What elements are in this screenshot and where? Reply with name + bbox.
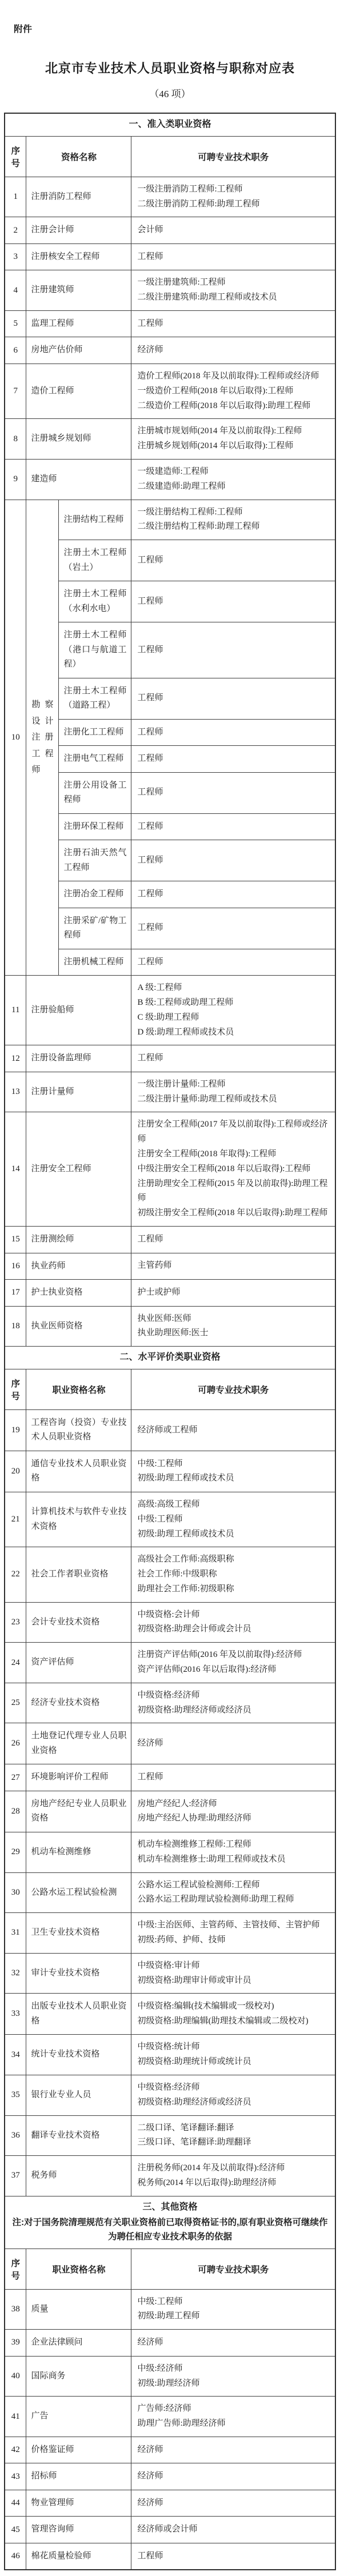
titles-cell: 工程师 [131, 1045, 335, 1072]
qualification-name-cell: 监理工程师 [26, 310, 131, 337]
title-line: 一级注册计量师:工程师 [137, 1077, 330, 1092]
page-subtitle: （46 项） [0, 86, 340, 100]
qualification-name-cell: 建造师 [26, 459, 131, 500]
titles-cell: 高级:高级工程师中级:工程师初级:助理工程师或技术员 [131, 1492, 335, 1547]
row-number-cell: 35 [5, 2075, 26, 2115]
title-line: 造价工程师(2018 年及以前取得):工程师或经济师 [137, 369, 330, 384]
title-line: 中级:经济师 [137, 2362, 330, 2377]
titles-cell: 经济师 [131, 1723, 335, 1764]
column-header-titles: 可聘专业技术职务 [131, 2248, 335, 2289]
qualification-name-cell: 注册结构工程师 [59, 500, 131, 540]
titles-cell: 中级:经济师初级:助理经济师 [131, 2356, 335, 2397]
titles-cell: 一级注册计量师:工程师二级注册计量师:助理工程师或技术员 [131, 1072, 335, 1112]
titles-cell: 工程师 [131, 540, 335, 581]
title-line: 广告师:经济师 [137, 2402, 330, 2417]
title-line: 中级:工程师 [137, 1512, 330, 1527]
qualification-name-cell: 工程咨询（投资）专业技术人员职业资格 [26, 1409, 131, 1451]
title-line: 初级:助理经济师 [137, 2377, 330, 2391]
qualification-name-cell: 环境影响评价工程师 [26, 1764, 131, 1791]
title-line: 注册助理安全工程师(2015 年及以前取得):助理工程师 [137, 1177, 330, 1207]
qualification-name-cell: 统计专业技术资格 [26, 2035, 131, 2075]
qualification-row: 41广告广告师:经济师助理广告师:助理经济师 [5, 2397, 335, 2437]
title-line: 工程师 [137, 1770, 330, 1785]
row-number-cell: 23 [5, 1602, 26, 1643]
qualification-row: 32审计专业技术资格中级资格:审计师初级资格:助理审计师或审计员 [5, 1953, 335, 1994]
titles-cell: 经济师 [131, 2330, 335, 2357]
row-number-cell: 33 [5, 1994, 26, 2035]
title-line: 一级造价工程师(2018 年以后取得):工程师 [137, 384, 330, 399]
title-line: 执业医师:医师 [137, 1312, 330, 1327]
title-line: 注册城乡规划师(2014 年以后取得):工程师 [137, 439, 330, 454]
column-header-name: 资格名称 [26, 136, 131, 177]
row-number-cell: 44 [5, 2490, 26, 2517]
column-header-name: 职业资格名称 [26, 1369, 131, 1409]
qualification-row: 30公路水运工程试验检测公路水运工程试验检测师:工程师公路水运工程助理试验检测师… [5, 1872, 335, 1913]
titles-cell: 经济师 [131, 2463, 335, 2490]
title-line: 初级:助理工程师或技术员 [137, 1527, 330, 1542]
titles-cell: 工程师 [131, 908, 335, 949]
qualification-table: 一、准入类职业资格序号资格名称可聘专业技术职务1注册消防工程师一级注册消防工程师… [4, 113, 336, 2570]
qualification-name-cell: 注册环保工程师 [59, 813, 131, 840]
title-line: 二级造价工程师(2018 年以后取得):助理工程师 [137, 399, 330, 414]
row-number-cell: 1 [5, 177, 26, 217]
row-number-cell: 24 [5, 1643, 26, 1683]
qualification-name-cell: 注册测绘师 [26, 1227, 131, 1253]
title-line: 高级:高级工程师 [137, 1497, 330, 1512]
title-line: 注册城市规划师(2014 年及以前取得):工程师 [137, 424, 330, 439]
section-heading-cell: 一、准入类职业资格 [5, 113, 335, 136]
title-line: 中级注册安全工程师(2018 年以后取得):工程师 [137, 1162, 330, 1177]
qualification-name-cell: 公路水运工程试验检测 [26, 1872, 131, 1913]
titles-cell: 经济师或工程师 [131, 1409, 335, 1451]
qualification-row: 23会计专业技术资格中级资格:会计师初级资格:助理会计师或会计员 [5, 1602, 335, 1643]
row-number-cell: 5 [5, 310, 26, 337]
row-number-cell: 37 [5, 2156, 26, 2196]
column-header-no: 序号 [5, 2248, 26, 2289]
titles-cell: 工程师 [131, 813, 335, 840]
title-line: 中级资格:会计师 [137, 1608, 330, 1623]
qualification-name-cell: 注册安全工程师 [26, 1112, 131, 1227]
row-number-cell: 15 [5, 1227, 26, 1253]
qualification-name-cell: 执业药师 [26, 1253, 131, 1280]
row-number-cell: 36 [5, 2115, 26, 2156]
title-line: 中级资格:审计师 [137, 1959, 330, 1974]
title-line: 中级资格:统计师 [137, 2040, 330, 2055]
qualification-row: 39企业法律顾问经济师 [5, 2330, 335, 2357]
title-line: 公路水运工程试验检测师:工程师 [137, 1878, 330, 1893]
title-line: 初级资格:助理经济师或经济员 [137, 2095, 330, 2110]
title-line: 工程师 [137, 2549, 330, 2564]
title-line: 工程师 [137, 820, 330, 834]
qualification-name-cell: 注册建筑师 [26, 270, 131, 311]
titles-cell: 工程师 [131, 1764, 335, 1791]
qualification-name-cell: 注册机械工程师 [59, 949, 131, 976]
qualification-row: 27环境影响评价工程师工程师 [5, 1764, 335, 1791]
titles-cell: 经济师或会计师 [131, 2517, 335, 2543]
qualification-name-cell: 注册会计师 [26, 217, 131, 244]
title-line: 工程师 [137, 725, 330, 740]
row-number-cell: 30 [5, 1872, 26, 1913]
title-line: 工程师 [137, 853, 330, 868]
section-heading-row: 一、准入类职业资格 [5, 113, 335, 136]
qualification-name-cell: 注册土木工程师（港口与航道工程） [59, 622, 131, 678]
titles-cell: 机动车检测维修工程师:工程师机动车检测维修士:助理工程师或技术员 [131, 1832, 335, 1872]
qualification-name-cell: 注册土木工程师（岩土） [59, 540, 131, 581]
title-line: 经济师 [137, 2496, 330, 2511]
qualification-row: 34统计专业技术资格中级资格:统计师初级资格:助理统计师或统计员 [5, 2035, 335, 2075]
titles-cell: 二级口译、笔译翻译:翻译三级口译、笔译翻译:助理翻译 [131, 2115, 335, 2156]
qualification-name-cell: 注册土木工程师（水利水电） [59, 581, 131, 622]
title-line: 注册资产评估师(2016 年及以前取得):经济师 [137, 1648, 330, 1663]
qualification-name-cell: 翻译专业技术资格 [26, 2115, 131, 2156]
row-number-cell: 4 [5, 270, 26, 311]
qualification-name-cell: 银行业专业人员 [26, 2075, 131, 2115]
row-number-cell: 43 [5, 2463, 26, 2490]
title-line: 一级注册消防工程师:工程师 [137, 182, 330, 197]
title-line: C 级:助理工程师 [137, 1011, 330, 1025]
title-line: 中级资格:编辑(技术编辑或一级校对) [137, 1999, 330, 2014]
row-number-cell: 12 [5, 1045, 26, 1072]
row-number-cell: 34 [5, 2035, 26, 2075]
title-line: 初级:药师、护师、技师 [137, 1933, 330, 1948]
qualification-name-cell: 护士执业资格 [26, 1280, 131, 1307]
titles-cell: 工程师 [131, 243, 335, 270]
title-line: 注册安全工程师(2017 年及以前取得):工程师或经济师 [137, 1117, 330, 1147]
titles-cell: 造价工程师(2018 年及以前取得):工程师或经济师一级造价工程师(2018 年… [131, 364, 335, 418]
title-line: 税务师(2014 年以后取得):助理经济师 [137, 2176, 330, 2191]
title-line: 主管药师 [137, 1259, 330, 1273]
qualification-row: 8注册城乡规划师注册城市规划师(2014 年及以前取得):工程师注册城乡规划师(… [5, 419, 335, 460]
qualification-row: 42价格鉴证师经济师 [5, 2437, 335, 2463]
title-line: 注册税务师(2014 年及以前取得):经济师 [137, 2161, 330, 2176]
qualification-row: 38质量中级:工程师初级:助理工程师 [5, 2289, 335, 2330]
title-line: 工程师 [137, 887, 330, 902]
qualification-row: 12注册设备监理师工程师 [5, 1045, 335, 1072]
titles-cell: 中级资格:审计师初级资格:助理审计师或审计员 [131, 1953, 335, 1994]
qualification-row: 20通信专业技术人员职业资格中级:工程师初级:助理工程师或技术员 [5, 1451, 335, 1492]
titles-cell: 中级:主治医师、主管药师、主管技师、主管护师初级:药师、护师、技师 [131, 1913, 335, 1954]
title-line: 中级:工程师 [137, 1457, 330, 1472]
titles-cell: 注册城市规划师(2014 年及以前取得):工程师注册城乡规划师(2014 年以后… [131, 419, 335, 460]
qualification-row: 11注册验船师A 级:工程师B 级:工程师或助理工程师C 级:助理工程师D 级:… [5, 976, 335, 1045]
titles-cell: 注册税务师(2014 年及以前取得):经济师税务师(2014 年以后取得):助理… [131, 2156, 335, 2196]
title-line: 工程师 [137, 553, 330, 568]
qualification-name-cell: 社会工作者职业资格 [26, 1547, 131, 1602]
titles-cell: 中级:工程师初级:助理工程师或技术员 [131, 1451, 335, 1492]
row-number-cell: 46 [5, 2543, 26, 2570]
column-header-row: 序号资格名称可聘专业技术职务 [5, 136, 335, 177]
row-number-cell: 20 [5, 1451, 26, 1492]
qualification-row: 37税务师注册税务师(2014 年及以前取得):经济师税务师(2014 年以后取… [5, 2156, 335, 2196]
qualification-name-cell: 注册化工工程师 [59, 719, 131, 746]
titles-cell: 一级注册建筑师:工程师二级注册建筑师:助理工程师或技术员 [131, 270, 335, 311]
titles-cell: 一级注册结构工程师:工程师二级注册结构工程师:助理工程师 [131, 500, 335, 540]
qualification-row: 7造价工程师造价工程师(2018 年及以前取得):工程师或经济师一级造价工程师(… [5, 364, 335, 418]
qualification-row: 35银行业专业人员中级资格:经济师初级资格:助理经济师或经济员 [5, 2075, 335, 2115]
title-line: 二级口译、笔译翻译:翻译 [137, 2121, 330, 2136]
row-number-cell: 32 [5, 1953, 26, 1994]
qualification-name-cell: 物业管理师 [26, 2490, 131, 2517]
title-line: 经济师或工程师 [137, 1423, 330, 1438]
title-line: 初级资格:助理统计师或统计员 [137, 2055, 330, 2070]
title-line: 公路水运工程助理试验检测师:助理工程师 [137, 1892, 330, 1907]
qualification-table-body: 一、准入类职业资格序号资格名称可聘专业技术职务1注册消防工程师一级注册消防工程师… [5, 113, 335, 2570]
row-number-cell: 42 [5, 2437, 26, 2463]
qualification-row: 13注册计量师一级注册计量师:工程师二级注册计量师:助理工程师或技术员 [5, 1072, 335, 1112]
qualification-row: 5监理工程师工程师 [5, 310, 335, 337]
title-line: 工程师 [137, 594, 330, 609]
row-number-cell: 17 [5, 1280, 26, 1307]
qualification-row: 45管理咨询师经济师或会计师 [5, 2517, 335, 2543]
section-heading: 三、其他资格 [9, 2200, 331, 2215]
titles-cell: 工程师 [131, 622, 335, 678]
qualification-name-cell: 注册冶金工程师 [59, 881, 131, 908]
title-line: 中级:工程师 [137, 2295, 330, 2310]
title-line: 房地产经纪人协理:助理经济师 [137, 1811, 330, 1826]
row-number-cell: 7 [5, 364, 26, 418]
qualification-name-cell: 注册采矿/矿物工程师 [59, 908, 131, 949]
title-line: 资产评估师(2016 年以后取得):经济师 [137, 1663, 330, 1678]
row-number-cell: 38 [5, 2289, 26, 2330]
title-line: 初级资格:助理经济师或经济员 [137, 1703, 330, 1718]
section-heading: 二、水平评价类职业资格 [9, 1351, 331, 1365]
qualification-name-cell: 造价工程师 [26, 364, 131, 418]
title-line: 社会工作师:中级职称 [137, 1567, 330, 1582]
qualification-name-cell: 资产评估师 [26, 1643, 131, 1683]
title-line: 护士或护师 [137, 1285, 330, 1300]
title-line: 工程师 [137, 1051, 330, 1066]
qualification-row: 26土地登记代理专业人员职业资格经济师 [5, 1723, 335, 1764]
qualification-row: 19工程咨询（投资）专业技术人员职业资格经济师或工程师 [5, 1409, 335, 1451]
row-number-cell: 10 [5, 500, 26, 976]
qualification-row: 16执业药师主管药师 [5, 1253, 335, 1280]
qualification-name-cell: 税务师 [26, 2156, 131, 2196]
title-line: 初级资格:助理审计师或审计员 [137, 1974, 330, 1988]
title-line: 三级口译、笔译翻译:助理翻译 [137, 2135, 330, 2150]
row-number-cell: 16 [5, 1253, 26, 1280]
qualification-row: 24资产评估师注册资产评估师(2016 年及以前取得):经济师资产评估师(201… [5, 1643, 335, 1683]
qualification-row: 6房地产估价师经济师 [5, 337, 335, 364]
titles-cell: 经济师 [131, 2437, 335, 2463]
title-line: 二级注册建筑师:助理工程师或技术员 [137, 290, 330, 305]
title-line: 初级注册安全工程师(2018 年以后取得):助理工程师 [137, 1206, 330, 1221]
title-line: 工程师 [137, 691, 330, 706]
qualification-row: 17护士执业资格护士或护师 [5, 1280, 335, 1307]
qualification-name-cell: 注册计量师 [26, 1072, 131, 1112]
qualification-name-cell: 出版专业技术人员职业资格 [26, 1994, 131, 2035]
titles-cell: 工程师 [131, 678, 335, 719]
titles-cell: 工程师 [131, 310, 335, 337]
title-line: 一级注册结构工程师:工程师 [137, 505, 330, 520]
qualification-name-cell: 注册城乡规划师 [26, 419, 131, 460]
title-line: 工程师 [137, 955, 330, 970]
row-number-cell: 28 [5, 1791, 26, 1832]
title-line: 机动车检测维修士:助理工程师或技术员 [137, 1852, 330, 1867]
qualification-name-cell: 经济专业技术资格 [26, 1683, 131, 1723]
row-number-cell: 9 [5, 459, 26, 500]
qualification-name-cell: 国际商务 [26, 2356, 131, 2397]
row-number-cell: 14 [5, 1112, 26, 1227]
title-line: 工程师 [137, 921, 330, 936]
titles-cell: 一级注册消防工程师:工程师二级注册消防工程师:助理工程师 [131, 177, 335, 217]
row-number-cell: 3 [5, 243, 26, 270]
title-line: 工程师 [137, 752, 330, 766]
qualification-name-cell: 房地产估价师 [26, 337, 131, 364]
section-heading: 一、准入类职业资格 [9, 118, 331, 132]
title-line: 初级:助理工程师 [137, 2309, 330, 2324]
titles-cell: 中级资格:经济师初级资格:助理经济师或经济员 [131, 2075, 335, 2115]
row-number-cell: 21 [5, 1492, 26, 1547]
title-line: 初级:助理工程师或技术员 [137, 1471, 330, 1486]
qualification-name-cell: 注册设备监理师 [26, 1045, 131, 1072]
title-line: 经济师 [137, 2469, 330, 2484]
qualification-name-cell: 通信专业技术人员职业资格 [26, 1451, 131, 1492]
titles-cell: 工程师 [131, 746, 335, 773]
qualification-row: 29机动车检测维修机动车检测维修工程师:工程师机动车检测维修士:助理工程师或技术… [5, 1832, 335, 1872]
title-line: 中级:主治医师、主管药师、主管技师、主管护师 [137, 1918, 330, 1933]
title-line: 助理社会工作师:初级职称 [137, 1582, 330, 1597]
title-line: 执业助理医师:医士 [137, 1326, 330, 1341]
title-line: 经济师 [137, 343, 330, 358]
row-number-cell: 39 [5, 2330, 26, 2357]
title-line: 工程师 [137, 317, 330, 332]
qualification-row: 44物业管理师经济师 [5, 2490, 335, 2517]
title-line: 经济师 [137, 2443, 330, 2458]
title-line: 经济师 [137, 2335, 330, 2350]
title-line: A 级:工程师 [137, 981, 330, 996]
qualification-row: 3注册核安全工程师工程师 [5, 243, 335, 270]
qualification-name-cell: 执业医师资格 [26, 1306, 131, 1347]
titles-cell: 经济师 [131, 2490, 335, 2517]
row-number-cell: 6 [5, 337, 26, 364]
titles-cell: 工程师 [131, 840, 335, 881]
title-line: 初级资格:助理编辑(助理技术编辑或二级校对) [137, 2014, 330, 2029]
qualification-row: 25经济专业技术资格中级资格:经济师初级资格:助理经济师或经济员 [5, 1683, 335, 1723]
qualification-row: 18执业医师资格执业医师:医师执业助理医师:医士 [5, 1306, 335, 1347]
title-line: 会计师 [137, 223, 330, 238]
title-line: 二级建造师:助理工程师 [137, 480, 330, 494]
title-line: 房地产经纪人:经济师 [137, 1797, 330, 1812]
title-line: 中级资格:经济师 [137, 2080, 330, 2095]
qualification-name-cell: 计算机技术与软件专业技术资格 [26, 1492, 131, 1547]
attachment-label: 附件 [14, 22, 340, 35]
titles-cell: 注册资产评估师(2016 年及以前取得):经济师资产评估师(2016 年以后取得… [131, 1643, 335, 1683]
titles-cell: 广告师:经济师助理广告师:助理经济师 [131, 2397, 335, 2437]
qualification-row: 33出版专业技术人员职业资格中级资格:编辑(技术编辑或一级校对)初级资格:助理编… [5, 1994, 335, 2035]
qualification-name-cell: 房地产经纪专业人员职业资格 [26, 1791, 131, 1832]
titles-cell: 工程师 [131, 949, 335, 976]
titles-cell: 房地产经纪人:经济师房地产经纪人协理:助理经济师 [131, 1791, 335, 1832]
qualification-row: 46棉花质量检验师工程师 [5, 2543, 335, 2570]
titles-cell: 工程师 [131, 581, 335, 622]
qualification-row: 31卫生专业技术资格中级:主治医师、主管药师、主管技师、主管护师初级:药师、护师… [5, 1913, 335, 1954]
titles-cell: 工程师 [131, 881, 335, 908]
row-number-cell: 11 [5, 976, 26, 1045]
title-line: 二级注册计量师:助理工程师或技术员 [137, 1092, 330, 1107]
column-header-row: 序号职业资格名称可聘专业技术职务 [5, 1369, 335, 1409]
row-number-cell: 31 [5, 1913, 26, 1954]
row-number-cell: 29 [5, 1832, 26, 1872]
titles-cell: 执业医师:医师执业助理医师:医士 [131, 1306, 335, 1347]
column-header-name: 职业资格名称 [26, 2248, 131, 2289]
title-line: 注册安全工程师(2018 年取得):工程师 [137, 1147, 330, 1162]
qualification-row: 22社会工作者职业资格高级社会工作师:高级职称社会工作师:中级职称助理社会工作师… [5, 1547, 335, 1602]
titles-cell: 主管药师 [131, 1253, 335, 1280]
title-line: 一级建造师:工程师 [137, 465, 330, 480]
qualification-row: 14注册安全工程师注册安全工程师(2017 年及以前取得):工程师或经济师注册安… [5, 1112, 335, 1227]
row-number-cell: 2 [5, 217, 26, 244]
title-line: 工程师 [137, 643, 330, 658]
qualification-row: 40国际商务中级:经济师初级:助理经济师 [5, 2356, 335, 2397]
titles-cell: 一级建造师:工程师二级建造师:助理工程师 [131, 459, 335, 500]
qualification-name-cell: 棉花质量检验师 [26, 2543, 131, 2570]
title-line: 工程师 [137, 250, 330, 265]
qualification-row: 2注册会计师会计师 [5, 217, 335, 244]
titles-cell: 工程师 [131, 719, 335, 746]
section-heading-row: 三、其他资格注:对于国务院清理规范有关职业资格前已取得资格证书的,原有职业资格可… [5, 2196, 335, 2248]
section-note: 注:对于国务院清理规范有关职业资格前已取得资格证书的,原有职业资格可继续作为聘任… [9, 2215, 331, 2244]
section-heading-cell: 二、水平评价类职业资格 [5, 1347, 335, 1369]
qualification-row: 15注册测绘师工程师 [5, 1227, 335, 1253]
row-number-cell: 25 [5, 1683, 26, 1723]
title-line: 中级资格:经济师 [137, 1688, 330, 1703]
qualification-name-cell: 企业法律顾问 [26, 2330, 131, 2357]
row-number-cell: 45 [5, 2517, 26, 2543]
qualification-name-cell: 价格鉴证师 [26, 2437, 131, 2463]
title-line: 二级注册结构工程师:助理工程师 [137, 520, 330, 534]
column-header-row: 序号职业资格名称可聘专业技术职务 [5, 2248, 335, 2289]
qualification-row: 1注册消防工程师一级注册消防工程师:工程师二级注册消防工程师:助理工程师 [5, 177, 335, 217]
titles-cell: 中级资格:统计师初级资格:助理统计师或统计员 [131, 2035, 335, 2075]
titles-cell: 工程师 [131, 2543, 335, 2570]
section-heading-cell: 三、其他资格注:对于国务院清理规范有关职业资格前已取得资格证书的,原有职业资格可… [5, 2196, 335, 2248]
qualification-name-cell: 质量 [26, 2289, 131, 2330]
row-number-cell: 18 [5, 1306, 26, 1347]
qualification-row: 4注册建筑师一级注册建筑师:工程师二级注册建筑师:助理工程师或技术员 [5, 270, 335, 311]
qualification-row: 28房地产经纪专业人员职业资格房地产经纪人:经济师房地产经纪人协理:助理经济师 [5, 1791, 335, 1832]
qualification-name-cell: 注册电气工程师 [59, 746, 131, 773]
column-header-no: 序号 [5, 136, 26, 177]
row-number-cell: 13 [5, 1072, 26, 1112]
titles-cell: 中级资格:编辑(技术编辑或一级校对)初级资格:助理编辑(助理技术编辑或二级校对) [131, 1994, 335, 2035]
row-number-cell: 8 [5, 419, 26, 460]
qualification-row: 36翻译专业技术资格二级口译、笔译翻译:翻译三级口译、笔译翻译:助理翻译 [5, 2115, 335, 2156]
qualification-name-cell: 广告 [26, 2397, 131, 2437]
titles-cell: 经济师 [131, 337, 335, 364]
title-line: D 级:助理工程师或技术员 [137, 1025, 330, 1040]
titles-cell: 高级社会工作师:高级职称社会工作师:中级职称助理社会工作师:初级职称 [131, 1547, 335, 1602]
qualification-subrow: 10勘察设计注册工程师注册结构工程师一级注册结构工程师:工程师二级注册结构工程师… [5, 500, 335, 540]
titles-cell: 工程师 [131, 772, 335, 813]
qualification-name-cell: 注册土木工程师（道路工程） [59, 678, 131, 719]
title-line: 经济师或会计师 [137, 2522, 330, 2537]
titles-cell: 中级资格:经济师初级资格:助理经济师或经济员 [131, 1683, 335, 1723]
qualification-row: 43招标师经济师 [5, 2463, 335, 2490]
group-name-cell: 勘察设计注册工程师 [26, 500, 59, 976]
titles-cell: 公路水运工程试验检测师:工程师公路水运工程助理试验检测师:助理工程师 [131, 1872, 335, 1913]
column-header-titles: 可聘专业技术职务 [131, 136, 335, 177]
page-title: 北京市专业技术人员职业资格与职称对应表 [0, 59, 340, 77]
qualification-name-cell: 会计专业技术资格 [26, 1602, 131, 1643]
row-number-cell: 27 [5, 1764, 26, 1791]
qualification-name-cell: 注册验船师 [26, 976, 131, 1045]
row-number-cell: 40 [5, 2356, 26, 2397]
titles-cell: A 级:工程师B 级:工程师或助理工程师C 级:助理工程师D 级:助理工程师或技… [131, 976, 335, 1045]
title-line: 助理广告师:助理经济师 [137, 2417, 330, 2431]
column-header-titles: 可聘专业技术职务 [131, 1369, 335, 1409]
titles-cell: 中级资格:会计师初级资格:助理会计师或会计员 [131, 1602, 335, 1643]
qualification-name-cell: 注册公用设备工程师 [59, 772, 131, 813]
